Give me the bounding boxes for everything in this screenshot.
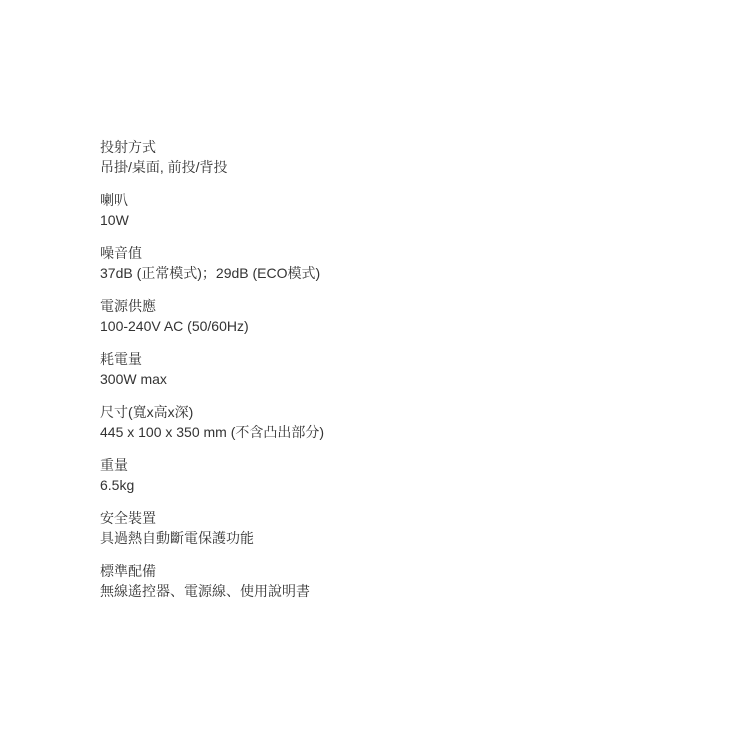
spec-value: 300W max <box>100 369 660 389</box>
spec-label: 喇叭 <box>100 190 660 210</box>
spec-row-safety-device: 安全裝置 具過熱自動斷電保護功能 <box>100 508 660 548</box>
spec-row-dimensions: 尺寸(寬x高x深) 445 x 100 x 350 mm (不含凸出部分) <box>100 402 660 442</box>
product-spec-list: 投射方式 吊掛/桌面, 前投/背投 喇叭 10W 噪音值 37dB (正常模式)… <box>100 137 660 614</box>
spec-row-projection-method: 投射方式 吊掛/桌面, 前投/背投 <box>100 137 660 177</box>
spec-label: 重量 <box>100 455 660 475</box>
spec-value: 6.5kg <box>100 475 660 495</box>
spec-value: 吊掛/桌面, 前投/背投 <box>100 157 660 177</box>
spec-value: 445 x 100 x 350 mm (不含凸出部分) <box>100 422 660 442</box>
spec-label: 標準配備 <box>100 561 660 581</box>
spec-label: 安全裝置 <box>100 508 660 528</box>
spec-row-power-supply: 電源供應 100-240V AC (50/60Hz) <box>100 296 660 336</box>
spec-label: 電源供應 <box>100 296 660 316</box>
spec-value: 具過熱自動斷電保護功能 <box>100 528 660 548</box>
spec-row-standard-accessories: 標準配備 無線遙控器、電源線、使用說明書 <box>100 561 660 601</box>
spec-value: 無線遙控器、電源線、使用說明書 <box>100 581 660 601</box>
spec-row-power-consumption: 耗電量 300W max <box>100 349 660 389</box>
spec-label: 尺寸(寬x高x深) <box>100 402 660 422</box>
spec-label: 噪音值 <box>100 243 660 263</box>
spec-value: 10W <box>100 210 660 230</box>
spec-value: 100-240V AC (50/60Hz) <box>100 316 660 336</box>
spec-row-weight: 重量 6.5kg <box>100 455 660 495</box>
spec-row-noise-level: 噪音值 37dB (正常模式)；29dB (ECO模式) <box>100 243 660 283</box>
spec-value: 37dB (正常模式)；29dB (ECO模式) <box>100 263 660 283</box>
spec-label: 投射方式 <box>100 137 660 157</box>
spec-label: 耗電量 <box>100 349 660 369</box>
spec-row-speaker: 喇叭 10W <box>100 190 660 230</box>
